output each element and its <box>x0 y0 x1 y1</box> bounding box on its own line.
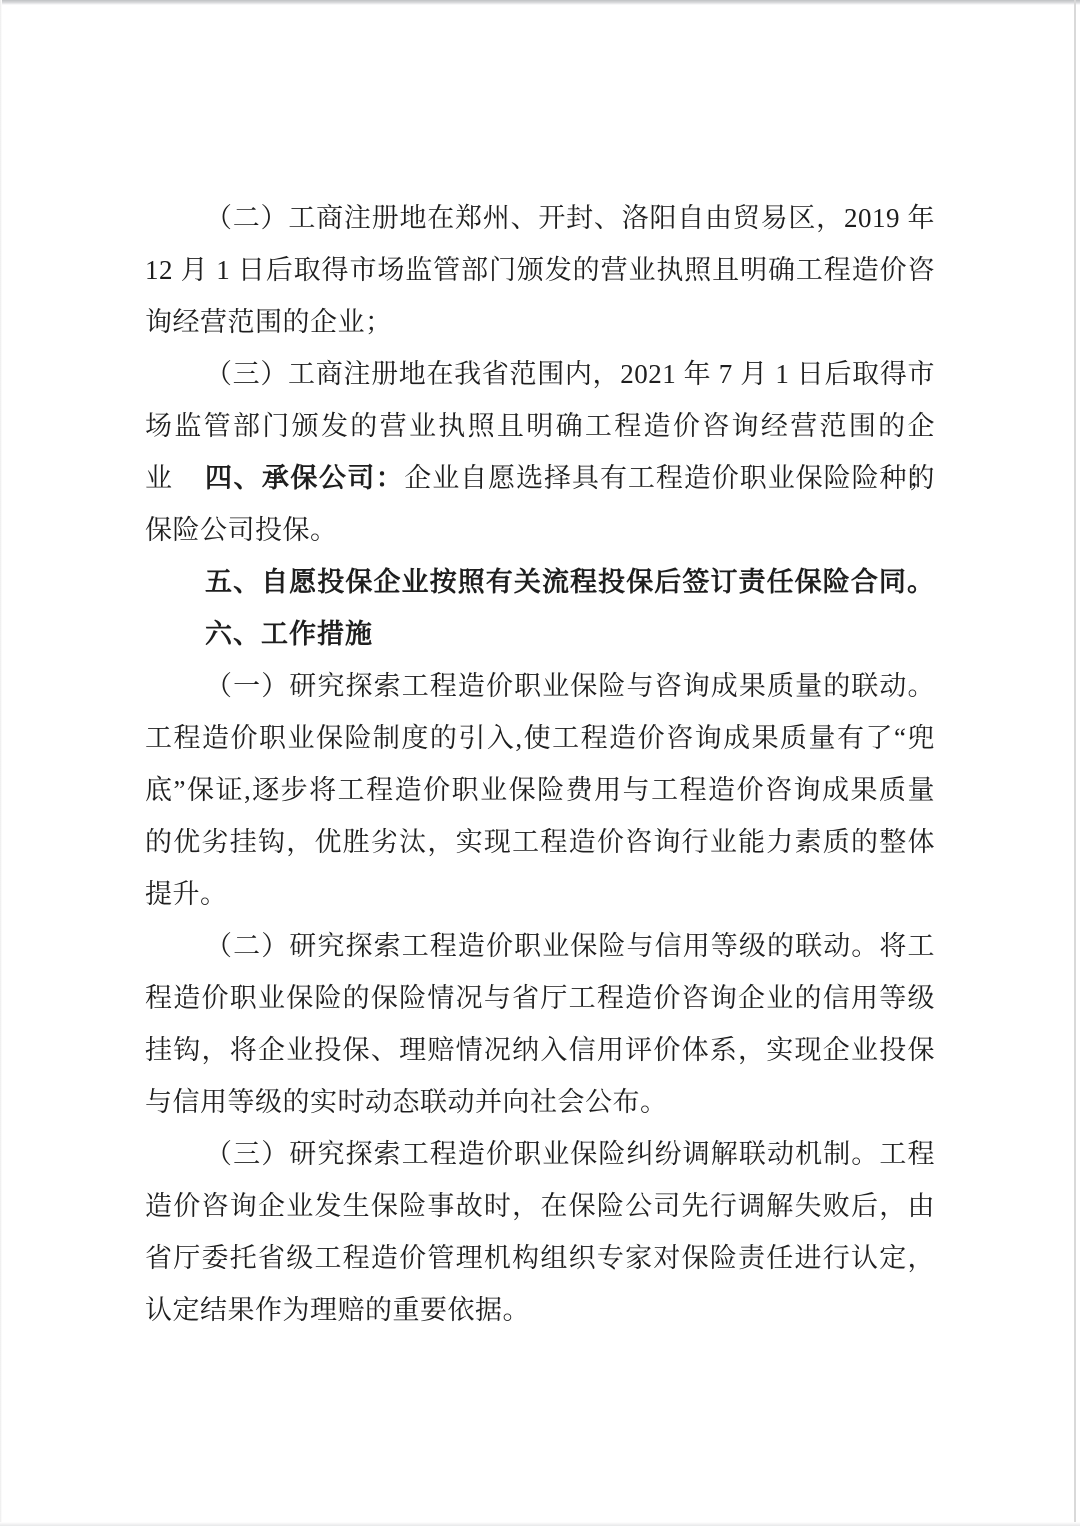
doc-text-segment: 省厅委托省级工程造价管理机构组织专家对保险责任进行认定， <box>145 1243 935 1273</box>
doc-line-m3-line3: 省厅委托省级工程造价管理机构组织专家对保险责任进行认定， <box>145 1232 935 1284</box>
doc-line-m1-line1: （一）研究探索工程造价职业保险与咨询成果质量的联动。 <box>145 660 935 712</box>
scan-edge-right <box>1074 0 1076 1526</box>
doc-line-m3-line4: 认定结果作为理赔的重要依据。 <box>145 1284 935 1336</box>
doc-text-segment: 工程造价职业保险制度的引入,使工程造价咨询成果质量有了“兜 <box>145 723 935 753</box>
doc-line-item3-line2: 场监管部门颁发的营业执照且明确工程造价咨询经营范围的企业； <box>145 400 935 452</box>
doc-line-sec4-line1: 四、承保公司：企业自愿选择具有工程造价职业保险险种的 <box>145 452 935 504</box>
doc-line-sec6-line1: 六、工作措施 <box>145 608 935 660</box>
doc-heading-segment: 五、自愿投保企业按照有关流程投保后签订责任保险合同。 <box>205 567 935 597</box>
document-content: （二）工商注册地在郑州、开封、洛阳自由贸易区，2019 年12 月 1 日后取得… <box>145 192 935 1336</box>
doc-line-sec5-line1: 五、自愿投保企业按照有关流程投保后签订责任保险合同。 <box>145 556 935 608</box>
doc-text-segment: 企业自愿选择具有工程造价职业保险险种的 <box>404 463 935 493</box>
doc-text-segment: 造价咨询企业发生保险事故时，在保险公司先行调解失败后，由 <box>145 1191 935 1221</box>
doc-text-segment: 程造价职业保险的保险情况与省厅工程造价咨询企业的信用等级 <box>145 983 935 1013</box>
doc-line-m1-line5: 提升。 <box>145 868 935 920</box>
doc-text-segment: 提升。 <box>145 879 228 909</box>
doc-line-item2-line2: 12 月 1 日后取得市场监管部门颁发的营业执照且明确工程造价咨 <box>145 244 935 296</box>
document-page: （二）工商注册地在郑州、开封、洛阳自由贸易区，2019 年12 月 1 日后取得… <box>0 0 1080 1526</box>
doc-line-m1-line4: 的优劣挂钩，优胜劣汰，实现工程造价咨询行业能力素质的整体 <box>145 816 935 868</box>
doc-line-m1-line2: 工程造价职业保险制度的引入,使工程造价咨询成果质量有了“兜 <box>145 712 935 764</box>
doc-text-segment: 保险公司投保。 <box>145 515 338 545</box>
doc-line-item2-line1: （二）工商注册地在郑州、开封、洛阳自由贸易区，2019 年 <box>145 192 935 244</box>
doc-text-segment: 挂钩，将企业投保、理赔情况纳入信用评价体系，实现企业投保 <box>145 1035 935 1065</box>
doc-line-m1-line3: 底”保证,逐步将工程造价职业保险费用与工程造价咨询成果质量 <box>145 764 935 816</box>
doc-line-item3-line1: （三）工商注册地在我省范围内，2021 年 7 月 1 日后取得市 <box>145 348 935 400</box>
doc-text-segment: （一）研究探索工程造价职业保险与咨询成果质量的联动。 <box>205 671 935 701</box>
doc-text-segment: 询经营范围的企业； <box>145 307 393 337</box>
doc-text-segment: 认定结果作为理赔的重要依据。 <box>145 1295 530 1325</box>
doc-text-segment: （三）工商注册地在我省范围内，2021 年 7 月 1 日后取得市 <box>205 359 935 389</box>
doc-text-segment: （三）研究探索工程造价职业保险纠纷调解联动机制。工程 <box>205 1139 935 1169</box>
doc-text-segment: 底”保证,逐步将工程造价职业保险费用与工程造价咨询成果质量 <box>145 775 935 805</box>
doc-line-m2-line4: 与信用等级的实时动态联动并向社会公布。 <box>145 1076 935 1128</box>
doc-line-sec4-line2: 保险公司投保。 <box>145 504 935 556</box>
doc-text-segment: （二）工商注册地在郑州、开封、洛阳自由贸易区，2019 年 <box>205 203 935 233</box>
doc-line-m2-line3: 挂钩，将企业投保、理赔情况纳入信用评价体系，实现企业投保 <box>145 1024 935 1076</box>
scan-edge-left <box>0 0 2 1526</box>
doc-text-segment: 12 月 1 日后取得市场监管部门颁发的营业执照且明确工程造价咨 <box>145 255 935 285</box>
scan-edge-bottom <box>0 1522 1080 1526</box>
doc-line-m3-line1: （三）研究探索工程造价职业保险纠纷调解联动机制。工程 <box>145 1128 935 1180</box>
doc-line-m2-line1: （二）研究探索工程造价职业保险与信用等级的联动。将工 <box>145 920 935 972</box>
doc-text-segment: （二）研究探索工程造价职业保险与信用等级的联动。将工 <box>205 931 935 961</box>
doc-heading-segment: 六、工作措施 <box>205 619 373 649</box>
scan-edge-top <box>0 0 1080 5</box>
doc-heading-segment: 四、承保公司： <box>205 463 404 493</box>
doc-line-m2-line2: 程造价职业保险的保险情况与省厅工程造价咨询企业的信用等级 <box>145 972 935 1024</box>
doc-line-m3-line2: 造价咨询企业发生保险事故时，在保险公司先行调解失败后，由 <box>145 1180 935 1232</box>
doc-text-segment: 的优劣挂钩，优胜劣汰，实现工程造价咨询行业能力素质的整体 <box>145 827 935 857</box>
doc-text-segment: 与信用等级的实时动态联动并向社会公布。 <box>145 1087 668 1117</box>
doc-line-item2-line3: 询经营范围的企业； <box>145 296 935 348</box>
